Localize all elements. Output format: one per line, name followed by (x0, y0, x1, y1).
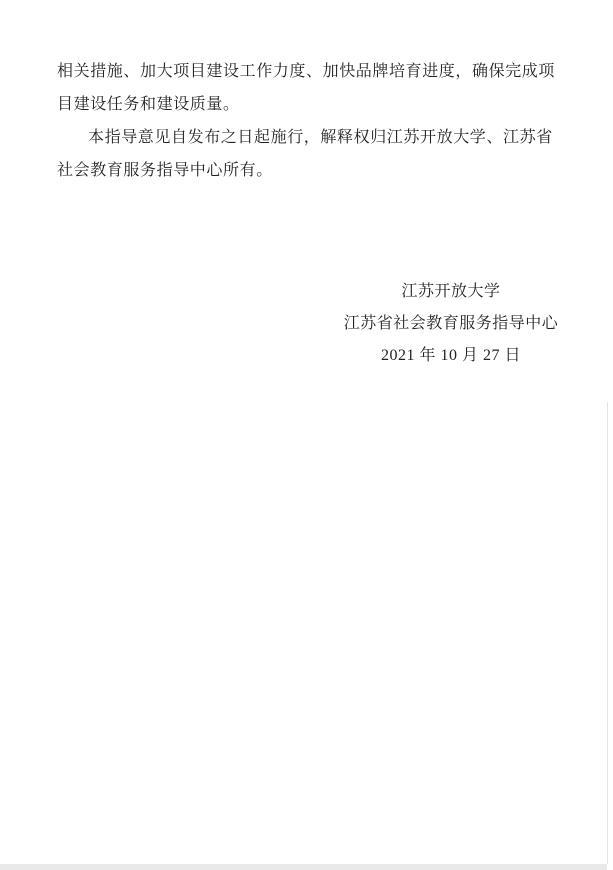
page-bottom-edge (0, 864, 607, 870)
paragraph-2-line-1: 本指导意见自发布之日起施行，解释权归江苏开放大学、江苏省 (57, 121, 559, 154)
signature-block: 江苏开放大学 江苏省社会教育服务指导中心 2021 年 10 月 27 日 (320, 276, 582, 372)
paragraph-1-line-1: 相关措施、加大项目建设工作力度、加快品牌培育进度，确保完成项 (57, 55, 559, 88)
signature-organization-1: 江苏开放大学 (320, 276, 582, 308)
signature-organization-2: 江苏省社会教育服务指导中心 (320, 308, 582, 340)
document-body: 相关措施、加大项目建设工作力度、加快品牌培育进度，确保完成项 目建设任务和建设质… (57, 55, 559, 187)
paragraph-1-line-2: 目建设任务和建设质量。 (57, 88, 559, 121)
signature-date: 2021 年 10 月 27 日 (320, 340, 582, 372)
paragraph-1: 相关措施、加大项目建设工作力度、加快品牌培育进度，确保完成项 目建设任务和建设质… (57, 55, 559, 121)
paragraph-2-line-2: 社会教育服务指导中心所有。 (57, 154, 559, 187)
paragraph-2: 本指导意见自发布之日起施行，解释权归江苏开放大学、江苏省 社会教育服务指导中心所… (57, 121, 559, 187)
document-page: 相关措施、加大项目建设工作力度、加快品牌培育进度，确保完成项 目建设任务和建设质… (0, 0, 613, 870)
page-right-edge (607, 402, 608, 864)
page-sheet: 相关措施、加大项目建设工作力度、加快品牌培育进度，确保完成项 目建设任务和建设质… (0, 0, 607, 864)
